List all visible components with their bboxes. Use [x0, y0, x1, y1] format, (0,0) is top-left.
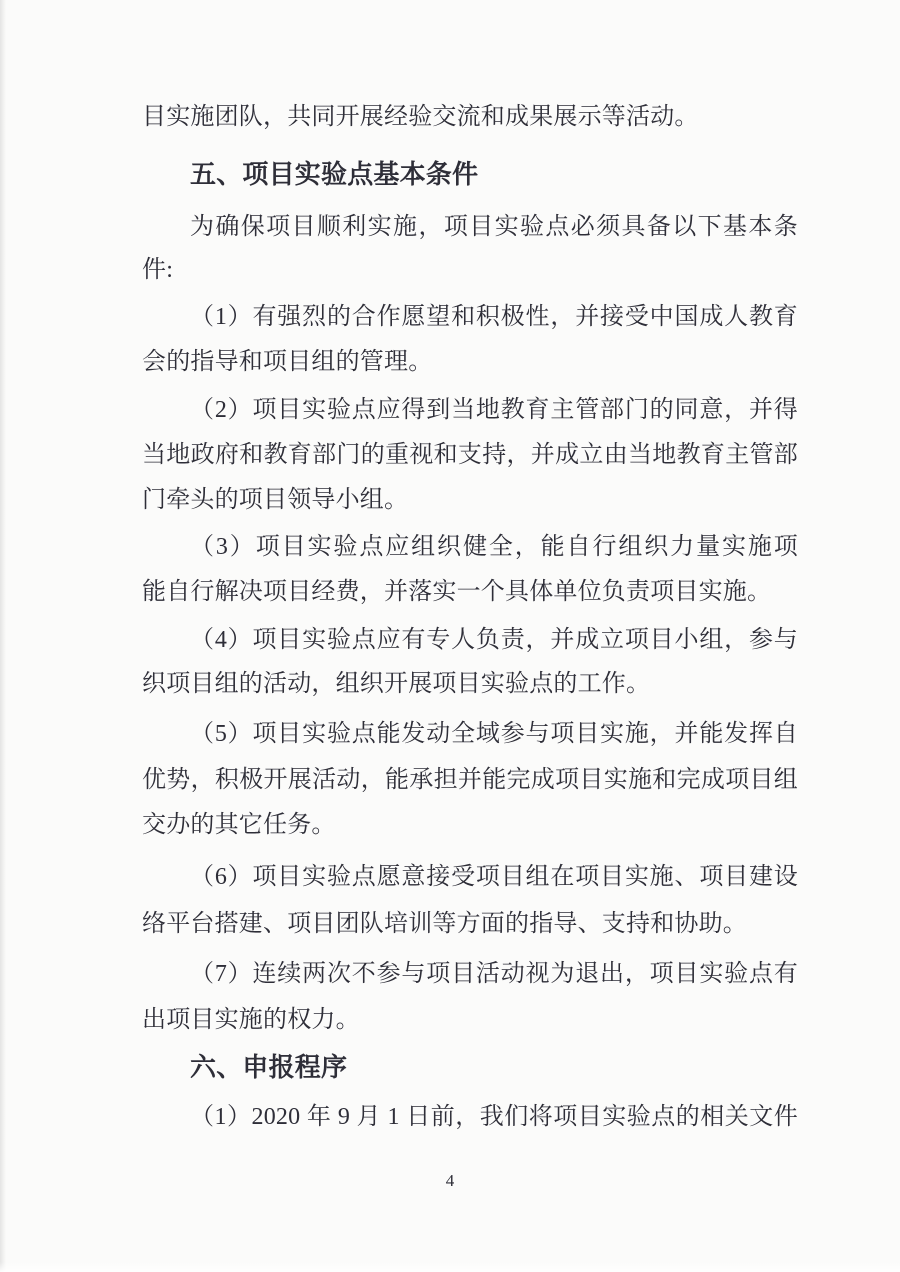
text-line-item-5: （5）项目实验点能发动全域参与项目实施，并能发挥自身 [142, 712, 798, 757]
document-page: 目实施团队，共同开展经验交流和成果展示等活动。 五、项目实验点基本条件 为确保项… [0, 0, 900, 1272]
text-line: 目实施团队，共同开展经验交流和成果展示等活动。 [142, 95, 798, 140]
text-line-item-1-procedure: （1）2020 年 9 月 1 日前，我们将项目实验点的相关文件在 [142, 1095, 798, 1140]
text-line-item-2: （2）项目实验点应得到当地教育主管部门的同意，并得到 [142, 388, 798, 433]
scan-left-edge-shadow [0, 0, 6, 1272]
text-line: 出项目实施的权力。 [142, 998, 798, 1043]
text-line: 交办的其它任务。 [142, 803, 798, 848]
text-line: 门牵头的项目领导小组。 [142, 478, 798, 523]
section-heading-6: 六、申报程序 [142, 1045, 798, 1090]
text-line-item-7: （7）连续两次不参与项目活动视为退出，项目实验点有退 [142, 952, 798, 997]
scan-bottom-edge [0, 1262, 900, 1272]
text-line: 件: [142, 248, 798, 293]
text-line: 优势，积极开展活动，能承担并能完成项目实施和完成项目组 [142, 758, 798, 803]
text-line: 会的指导和项目组的管理。 [142, 340, 798, 385]
text-line-item-3: （3）项目实验点应组织健全，能自行组织力量实施项目， [142, 525, 798, 570]
text-line: 为确保项目顺利实施，项目实验点必须具备以下基本条 [142, 205, 798, 250]
text-line-item-1: （1）有强烈的合作愿望和积极性，并接受中国成人教育协 [142, 295, 798, 340]
text-line: 能自行解决项目经费，并落实一个具体单位负责项目实施。 [142, 570, 798, 615]
text-line: 当地政府和教育部门的重视和支持，并成立由当地教育主管部 [142, 433, 798, 478]
section-heading-5: 五、项目实验点基本条件 [142, 152, 798, 197]
text-line-item-4: （4）项目实验点应有专人负责，并成立项目小组，参与组 [142, 618, 798, 663]
text-line: 络平台搭建、项目团队培训等方面的指导、支持和协助。 [142, 902, 798, 947]
page-number: 4 [0, 1170, 900, 1192]
text-line: 织项目组的活动，组织开展项目实验点的工作。 [142, 662, 798, 707]
text-line-item-6: （6）项目实验点愿意接受项目组在项目实施、项目建设网 [142, 855, 798, 900]
